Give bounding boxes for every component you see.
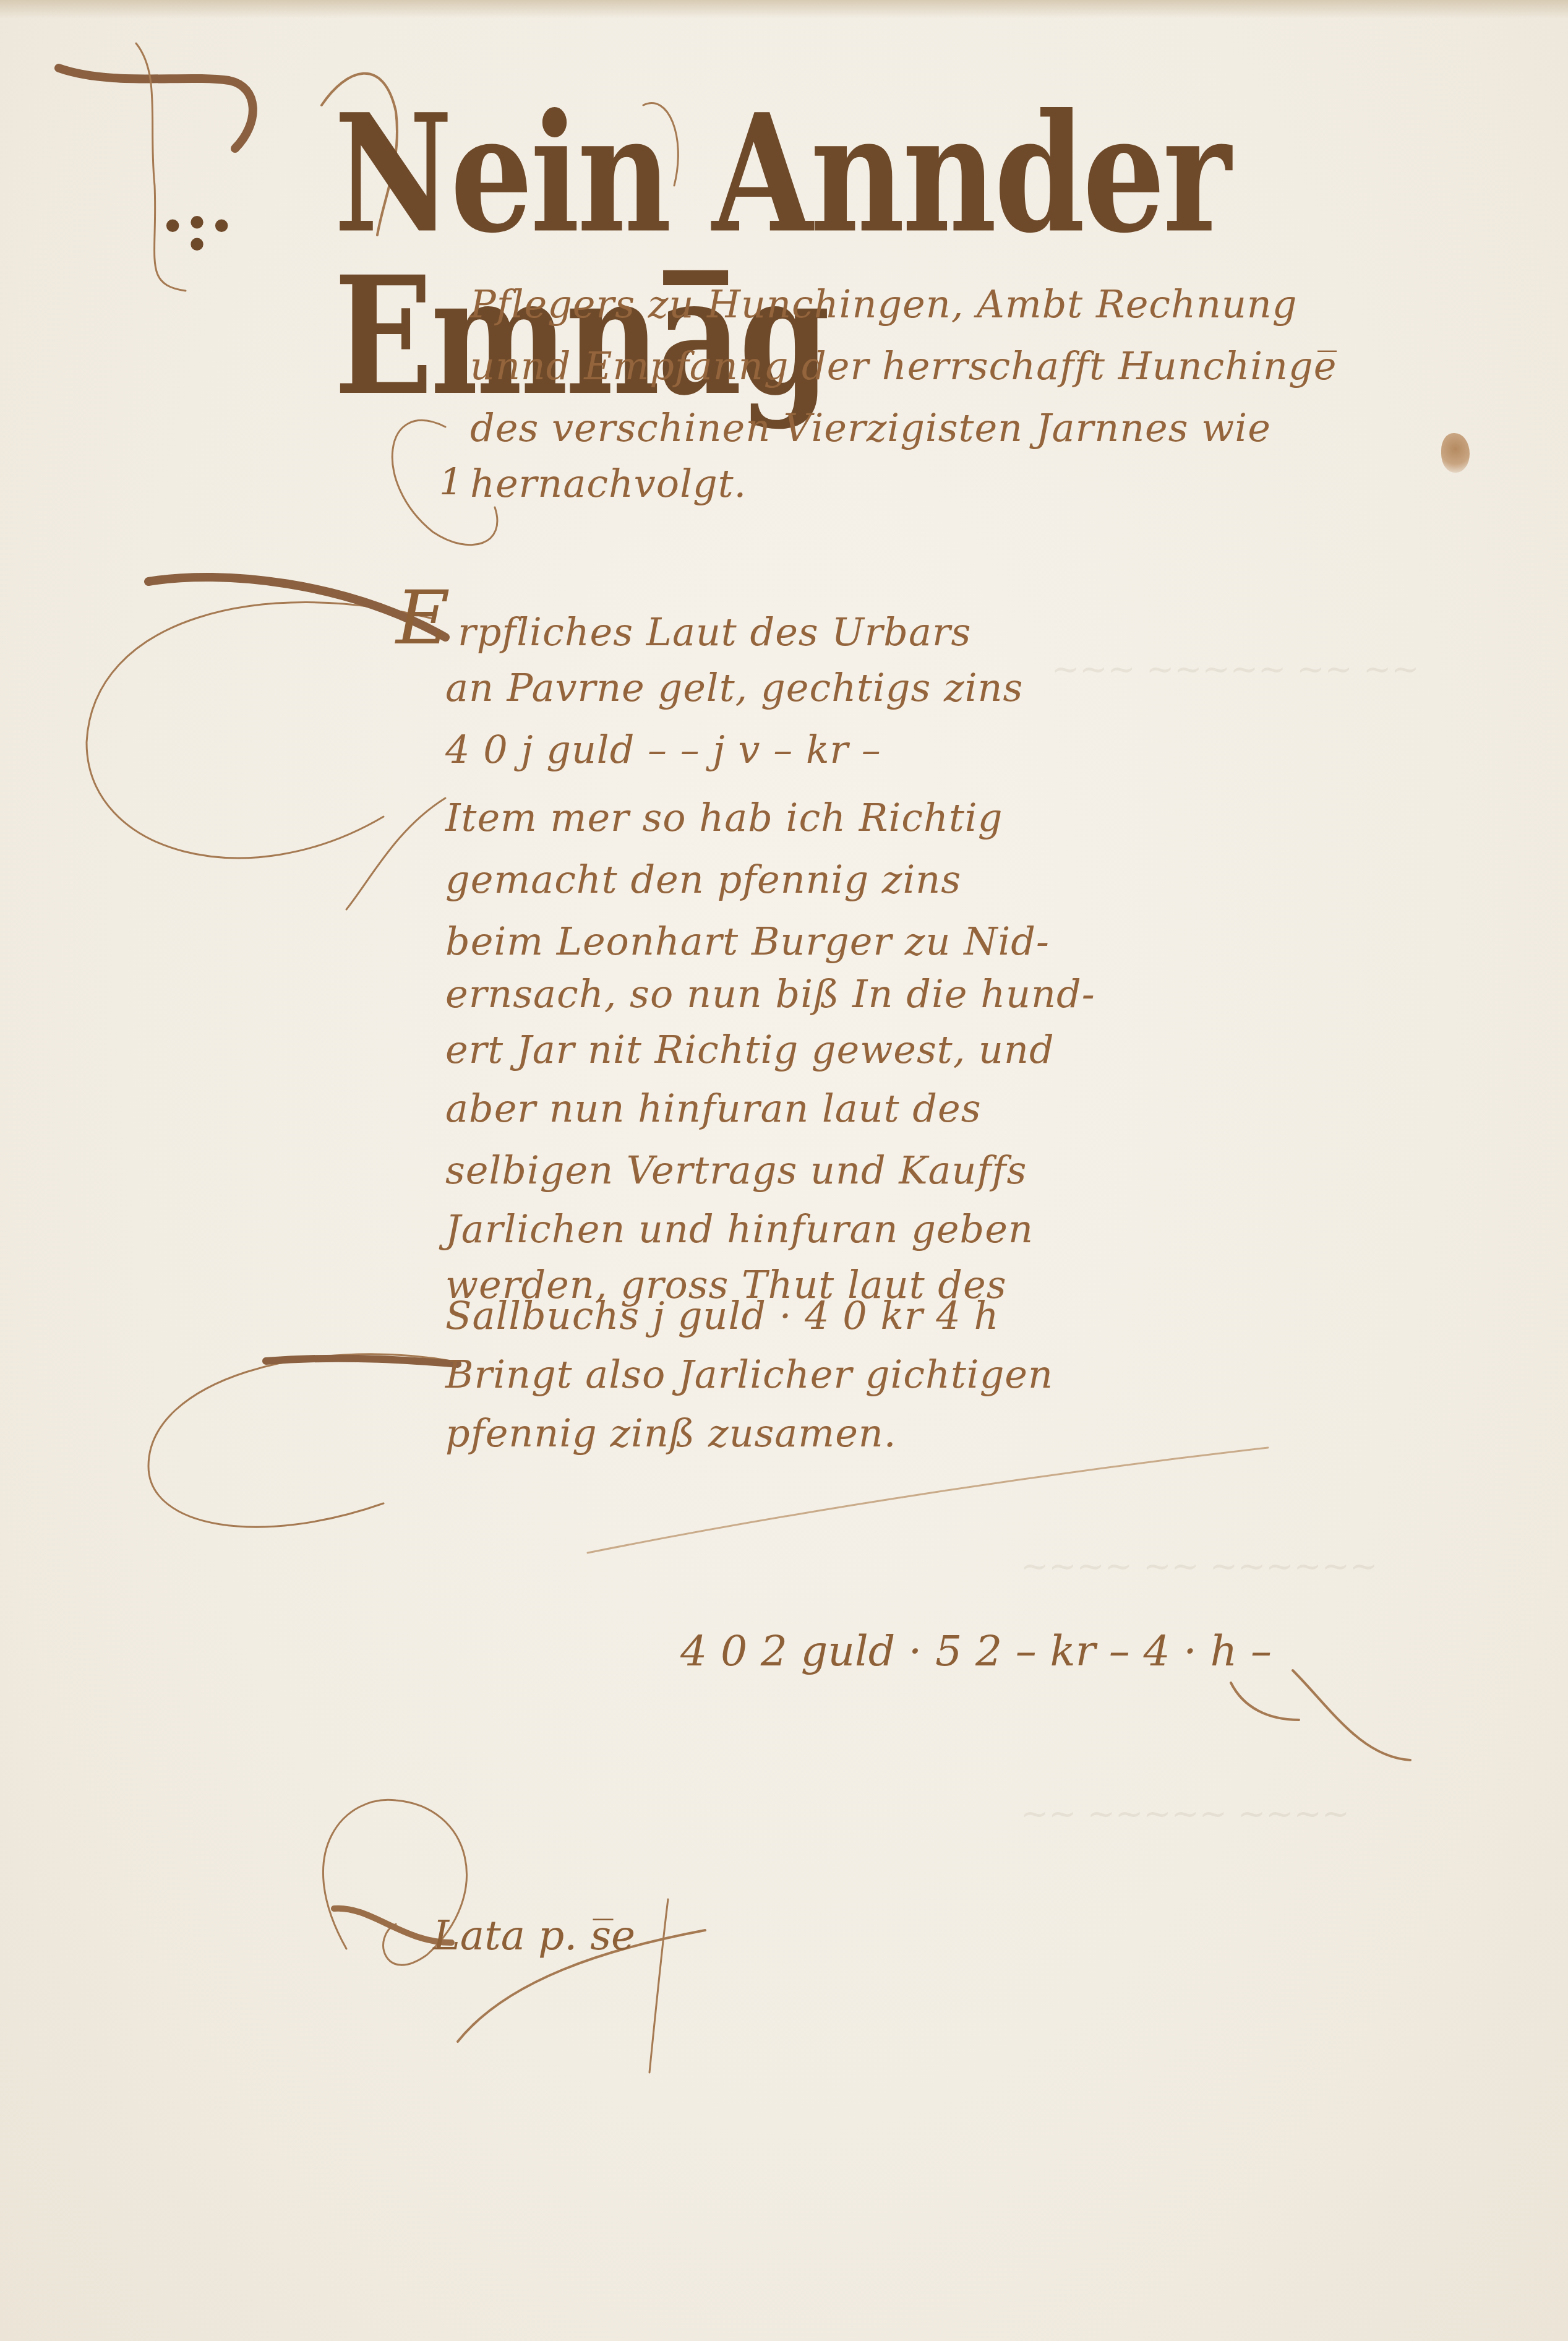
intro-line: unnd Empfanng der herrschafft Hunchinge̅ — [470, 343, 1337, 389]
entry-line: ert Jar nit Richtig gewest, und — [445, 1027, 1055, 1072]
entry-line: beim Leonhart Burger zu Nid- — [445, 919, 1050, 964]
total-amount: 4 0 2 guld · 5 2 – kr – 4 · h – — [680, 1627, 1272, 1676]
intro-line: des verschinen Vierzigisten Jarnnes wie — [470, 405, 1271, 450]
intro-line: Pflegers zu Hunchingen, Ambt Rechnung — [470, 281, 1298, 327]
heading-marker: ·:· — [161, 186, 233, 265]
entry-line: an Pavrne gelt, gechtigs zins — [445, 665, 1023, 710]
manuscript-page: ~~~ ~~~~~ ~~ ~~ ~~~~ ~~ ~~~~~~ ~~ ~~~~~ … — [0, 0, 1568, 2341]
entry-line: 4 0 j guld – – j v – kr – — [445, 727, 881, 772]
entry-line: pfennig zinß zusamen. — [445, 1411, 896, 1456]
intro-line: hernachvolgt. — [470, 461, 747, 506]
entry-line: gemacht den pfennig zins — [445, 857, 961, 902]
closing-note: Lata p. s̅e — [433, 1912, 635, 1959]
entry-line: rpfliches Laut des Urbars — [458, 609, 971, 655]
ink-blot — [1441, 433, 1470, 473]
entry-line: Bringt also Jarlicher gichtigen — [445, 1352, 1053, 1397]
entry-line: ernsach, so nun biß In die hund- — [445, 971, 1095, 1016]
entry-line: aber nun hinfuran laut des — [445, 1086, 982, 1131]
entry-line: selbigen Vertrags und Kauffs — [445, 1148, 1027, 1193]
intro-marker: 1 — [439, 461, 463, 504]
entry-initial: E — [396, 575, 450, 661]
entry-line: Item mer so hab ich Richtig — [445, 795, 1003, 840]
entry-line: Jarlichen und hinfuran geben — [445, 1206, 1034, 1252]
entry-line: Sallbuchs j guld · 4 0 kr 4 h — [445, 1293, 999, 1338]
